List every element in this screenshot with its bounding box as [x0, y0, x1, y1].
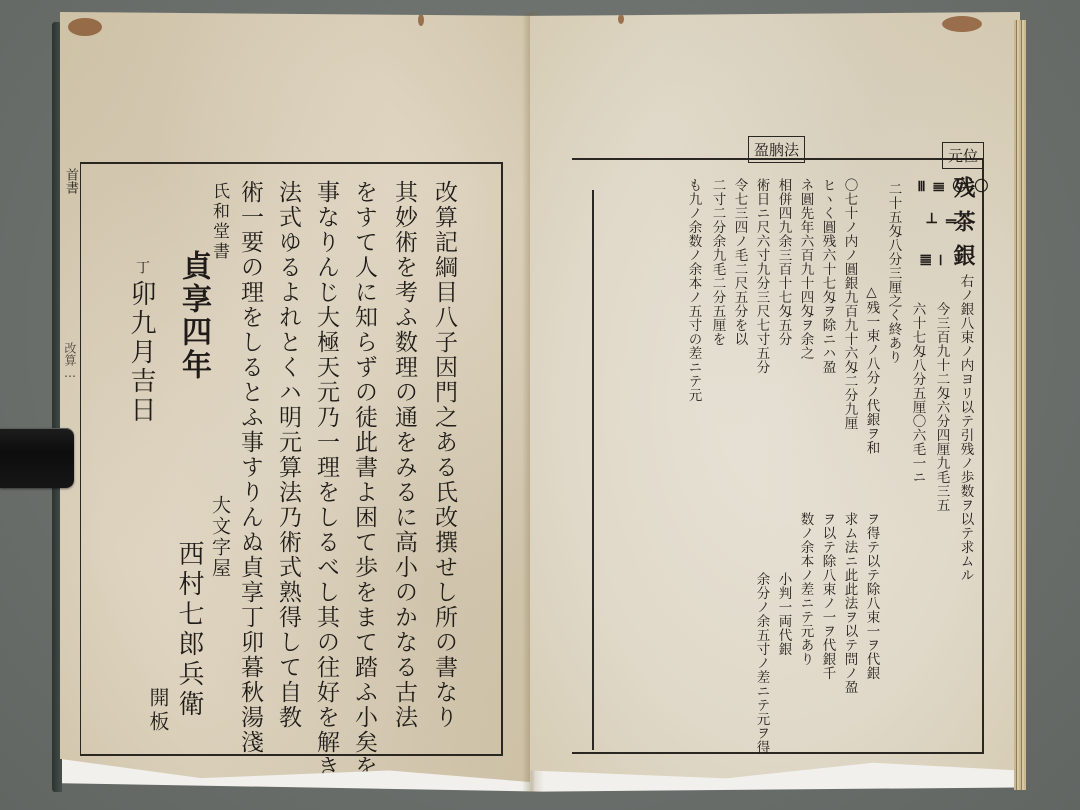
author-signature: 氏和堂書 — [210, 182, 227, 262]
preface-column-6: 術一要の理をしるとふ事すりんぬ貞享丁卯暮秋湯淺 — [238, 180, 261, 755]
left-page: 首書 改算… 改算記綱目八子因門之ある氏改撰せし所の書なり 其妙術を考ふ数理の通… — [60, 12, 530, 782]
preface-column-3: をすて人に知らずの徒此書よ困て歩をまて踏ふ小矣をる — [352, 180, 375, 805]
text-column-3: 六十七匁八分五厘〇六毛一ニ — [910, 302, 924, 484]
text-column-9: 相併四九余三百十七匁五分 — [776, 178, 790, 346]
issue-date: 卯九月吉日 — [128, 280, 154, 425]
header-box-left: 盈朒法 — [748, 136, 805, 163]
right-page: 盈朒法 元位 残茶銀 𝍫𝍣〇〇 𝍥𝍡 𝍤𝍩 右ノ銀八束ノ内ヨリ以テ引残ノ歩数ヲ以… — [530, 12, 1020, 794]
bottom-rule — [572, 752, 982, 754]
rod-numerals-1: 𝍫𝍣〇〇 — [918, 180, 996, 194]
checker-mark: 開板 — [148, 687, 168, 735]
open-book: 首書 改算… 改算記綱目八子因門之ある氏改撰せし所の書なり 其妙術を考ふ数理の通… — [52, 12, 1027, 802]
margin-label-lower: 改算… — [64, 342, 76, 380]
text-column-5: △残一束ノ八分ノ代銀ヲ和 — [864, 284, 878, 455]
lower-column-1: ヲ得テ以テ除八束一ヲ代銀 — [864, 512, 878, 680]
rod-numerals-2: 𝍥𝍡 — [926, 212, 965, 226]
text-column-11: 令七三四ノ毛二尺五分を以 — [732, 178, 746, 346]
publisher-shop: 大文字屋 — [210, 495, 229, 579]
ink-stain — [942, 16, 982, 32]
preface-column-2: 其妙術を考ふ数理の通をみるに高小のかなる古法 — [392, 180, 415, 730]
ink-stain — [618, 14, 624, 24]
text-column-10: 術日ニ尺六寸九分三尺七寸五分 — [754, 178, 768, 374]
text-column-12: 二寸二分余九毛二分五厘を — [710, 178, 724, 346]
lower-column-3: ヲ以テ除八束ノ一ヲ代銀千 — [820, 512, 834, 680]
page-stack-edge — [1014, 20, 1026, 790]
text-column-2: 今三百九十二匁六分四厘九毛三五 — [934, 302, 948, 512]
text-column-13: も九ノ余数ノ余本ノ五寸の差ニテ元 — [686, 178, 700, 402]
right-border-rule — [982, 158, 984, 754]
left-border-rule — [592, 190, 594, 750]
header-box-right: 元位 — [942, 142, 984, 169]
rod-numerals-3: 𝍤𝍩 — [920, 254, 950, 268]
lower-column-2: 求ム法ニ此此法ヲ以テ問ノ盈 — [842, 512, 856, 694]
text-column-6: 〇七十ノ内ノ圓銀九百九十六匁二分九厘 — [842, 178, 856, 430]
era-date: 貞享四年 — [178, 250, 208, 382]
text-column-8: ネ圓先年六百九十四匁ヲ余之 — [798, 178, 812, 360]
margin-label: 首書 — [64, 168, 77, 194]
cyclical-year-small: 丁 — [135, 260, 149, 274]
text-column-4: 二十五匁八分三厘之く終あり — [886, 182, 900, 364]
ink-stain — [68, 18, 102, 36]
ink-stain — [418, 14, 424, 26]
preface-column-4: 事なりんじ大極天元乃一理をしるべし其の往好を解き — [314, 180, 337, 780]
preface-column-1: 改算記綱目八子因門之ある氏改撰せし所の書なり — [432, 180, 455, 730]
publisher-name: 西村七郎兵衛 — [176, 540, 202, 720]
text-column-1: 右ノ銀八束ノ内ヨリ以テ引残ノ歩数ヲ以テ求ムル — [958, 274, 972, 582]
book-clip-tab — [0, 428, 74, 488]
lower-column-4: 数ノ余本ノ差ニテ元あり — [798, 512, 812, 666]
preface-column-5: 法式ゆるよれとくハ明元算法乃術式熟得して自教 — [276, 180, 299, 730]
lower-column-5: 小判一両代銀 — [776, 572, 790, 656]
lower-column-6: 余分ノ余五寸ノ差ニテ元ヲ得 — [754, 572, 768, 754]
text-column-7: ヒヽく圓残六十七匁ヲ除ニハ盈 — [820, 178, 834, 374]
